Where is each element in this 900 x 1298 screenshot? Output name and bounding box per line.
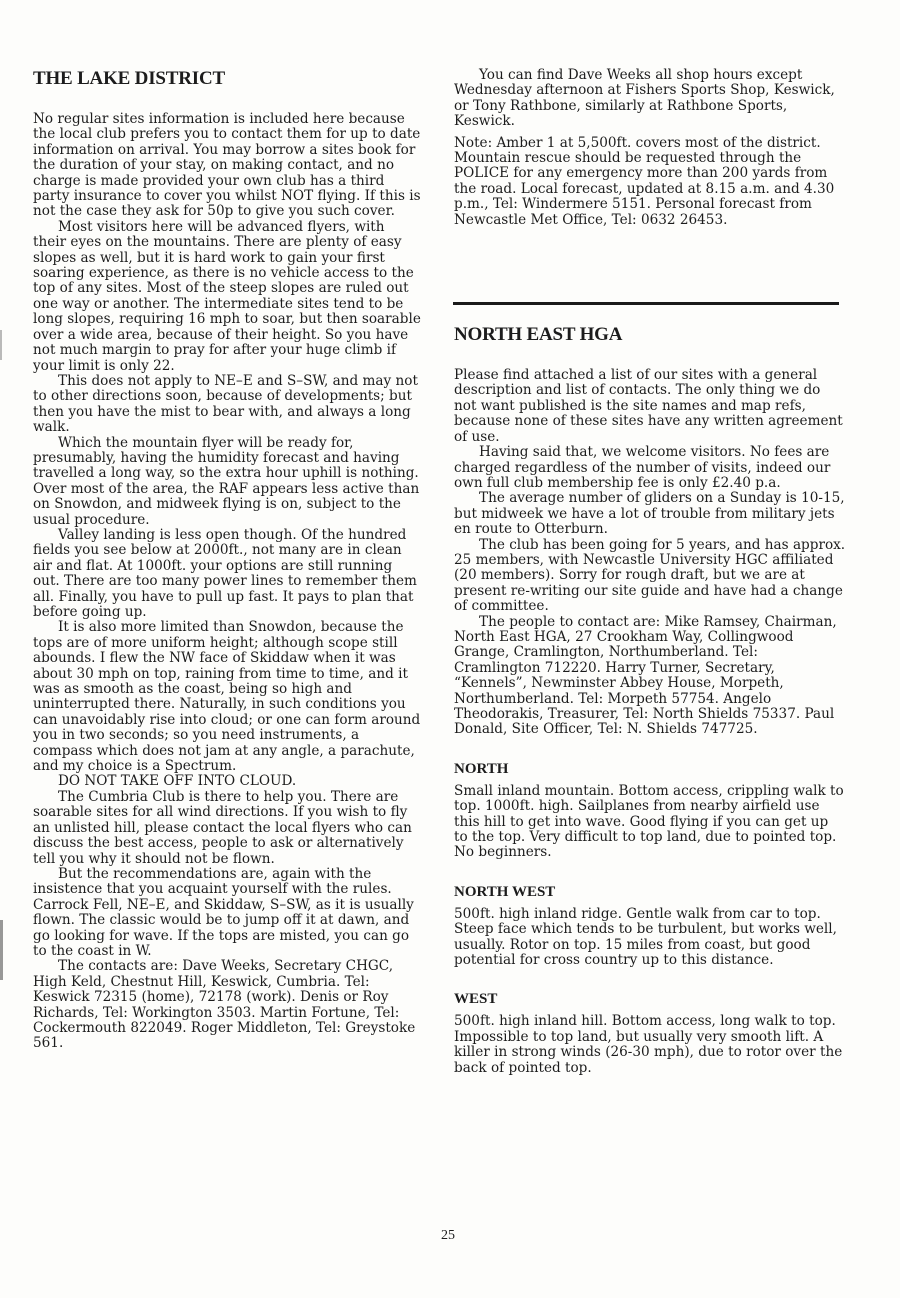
warning-line: DO NOT TAKE OFF INTO CLOUD.	[33, 774, 421, 789]
site-heading-north: NORTH	[454, 760, 846, 778]
note-paragraph: Note: Amber 1 at 5,500ft. covers most of…	[454, 136, 846, 228]
site-description: 500ft. high inland hill. Bottom access, …	[454, 1014, 846, 1076]
paragraph: No regular sites information is included…	[33, 112, 421, 220]
page-number: 25	[441, 1228, 455, 1244]
section-divider	[453, 302, 839, 305]
paragraph: But the recommendations are, again with …	[33, 867, 421, 959]
contacts-paragraph: The contacts are: Dave Weeks, Secretary …	[33, 959, 421, 1051]
paragraph: Valley landing is less open though. Of t…	[33, 528, 421, 620]
paragraph: Having said that, we welcome visitors. N…	[454, 445, 846, 491]
paragraph: It is also more limited than Snowdon, be…	[33, 620, 421, 774]
paragraph: Which the mountain flyer will be ready f…	[33, 436, 421, 528]
contacts-paragraph: The people to contact are: Mike Ramsey, …	[454, 615, 846, 738]
paragraph: You can find Dave Weeks all shop hours e…	[454, 68, 846, 130]
paragraph: Please find attached a list of our sites…	[454, 368, 846, 445]
site-heading-north-west: NORTH WEST	[454, 883, 846, 901]
right-column: You can find Dave Weeks all shop hours e…	[454, 68, 846, 1076]
section-title-lake-district: THE LAKE DISTRICT	[33, 68, 421, 90]
scan-artifact	[0, 920, 3, 980]
paragraph: The club has been going for 5 years, and…	[454, 538, 846, 615]
site-heading-west: WEST	[454, 990, 846, 1008]
site-description: 500ft. high inland ridge. Gentle walk fr…	[454, 907, 846, 969]
left-column: THE LAKE DISTRICT No regular sites infor…	[33, 68, 421, 1052]
paragraph: This does not apply to NE–E and S–SW, an…	[33, 374, 421, 436]
paragraph: The average number of gliders on a Sunda…	[454, 491, 846, 537]
site-description: Small inland mountain. Bottom access, cr…	[454, 784, 846, 861]
section-title-north-east-hga: NORTH EAST HGA	[454, 324, 846, 346]
scan-artifact	[0, 330, 2, 360]
paragraph: The Cumbria Club is there to help you. T…	[33, 790, 421, 867]
paragraph: Most visitors here will be advanced flye…	[33, 220, 421, 374]
